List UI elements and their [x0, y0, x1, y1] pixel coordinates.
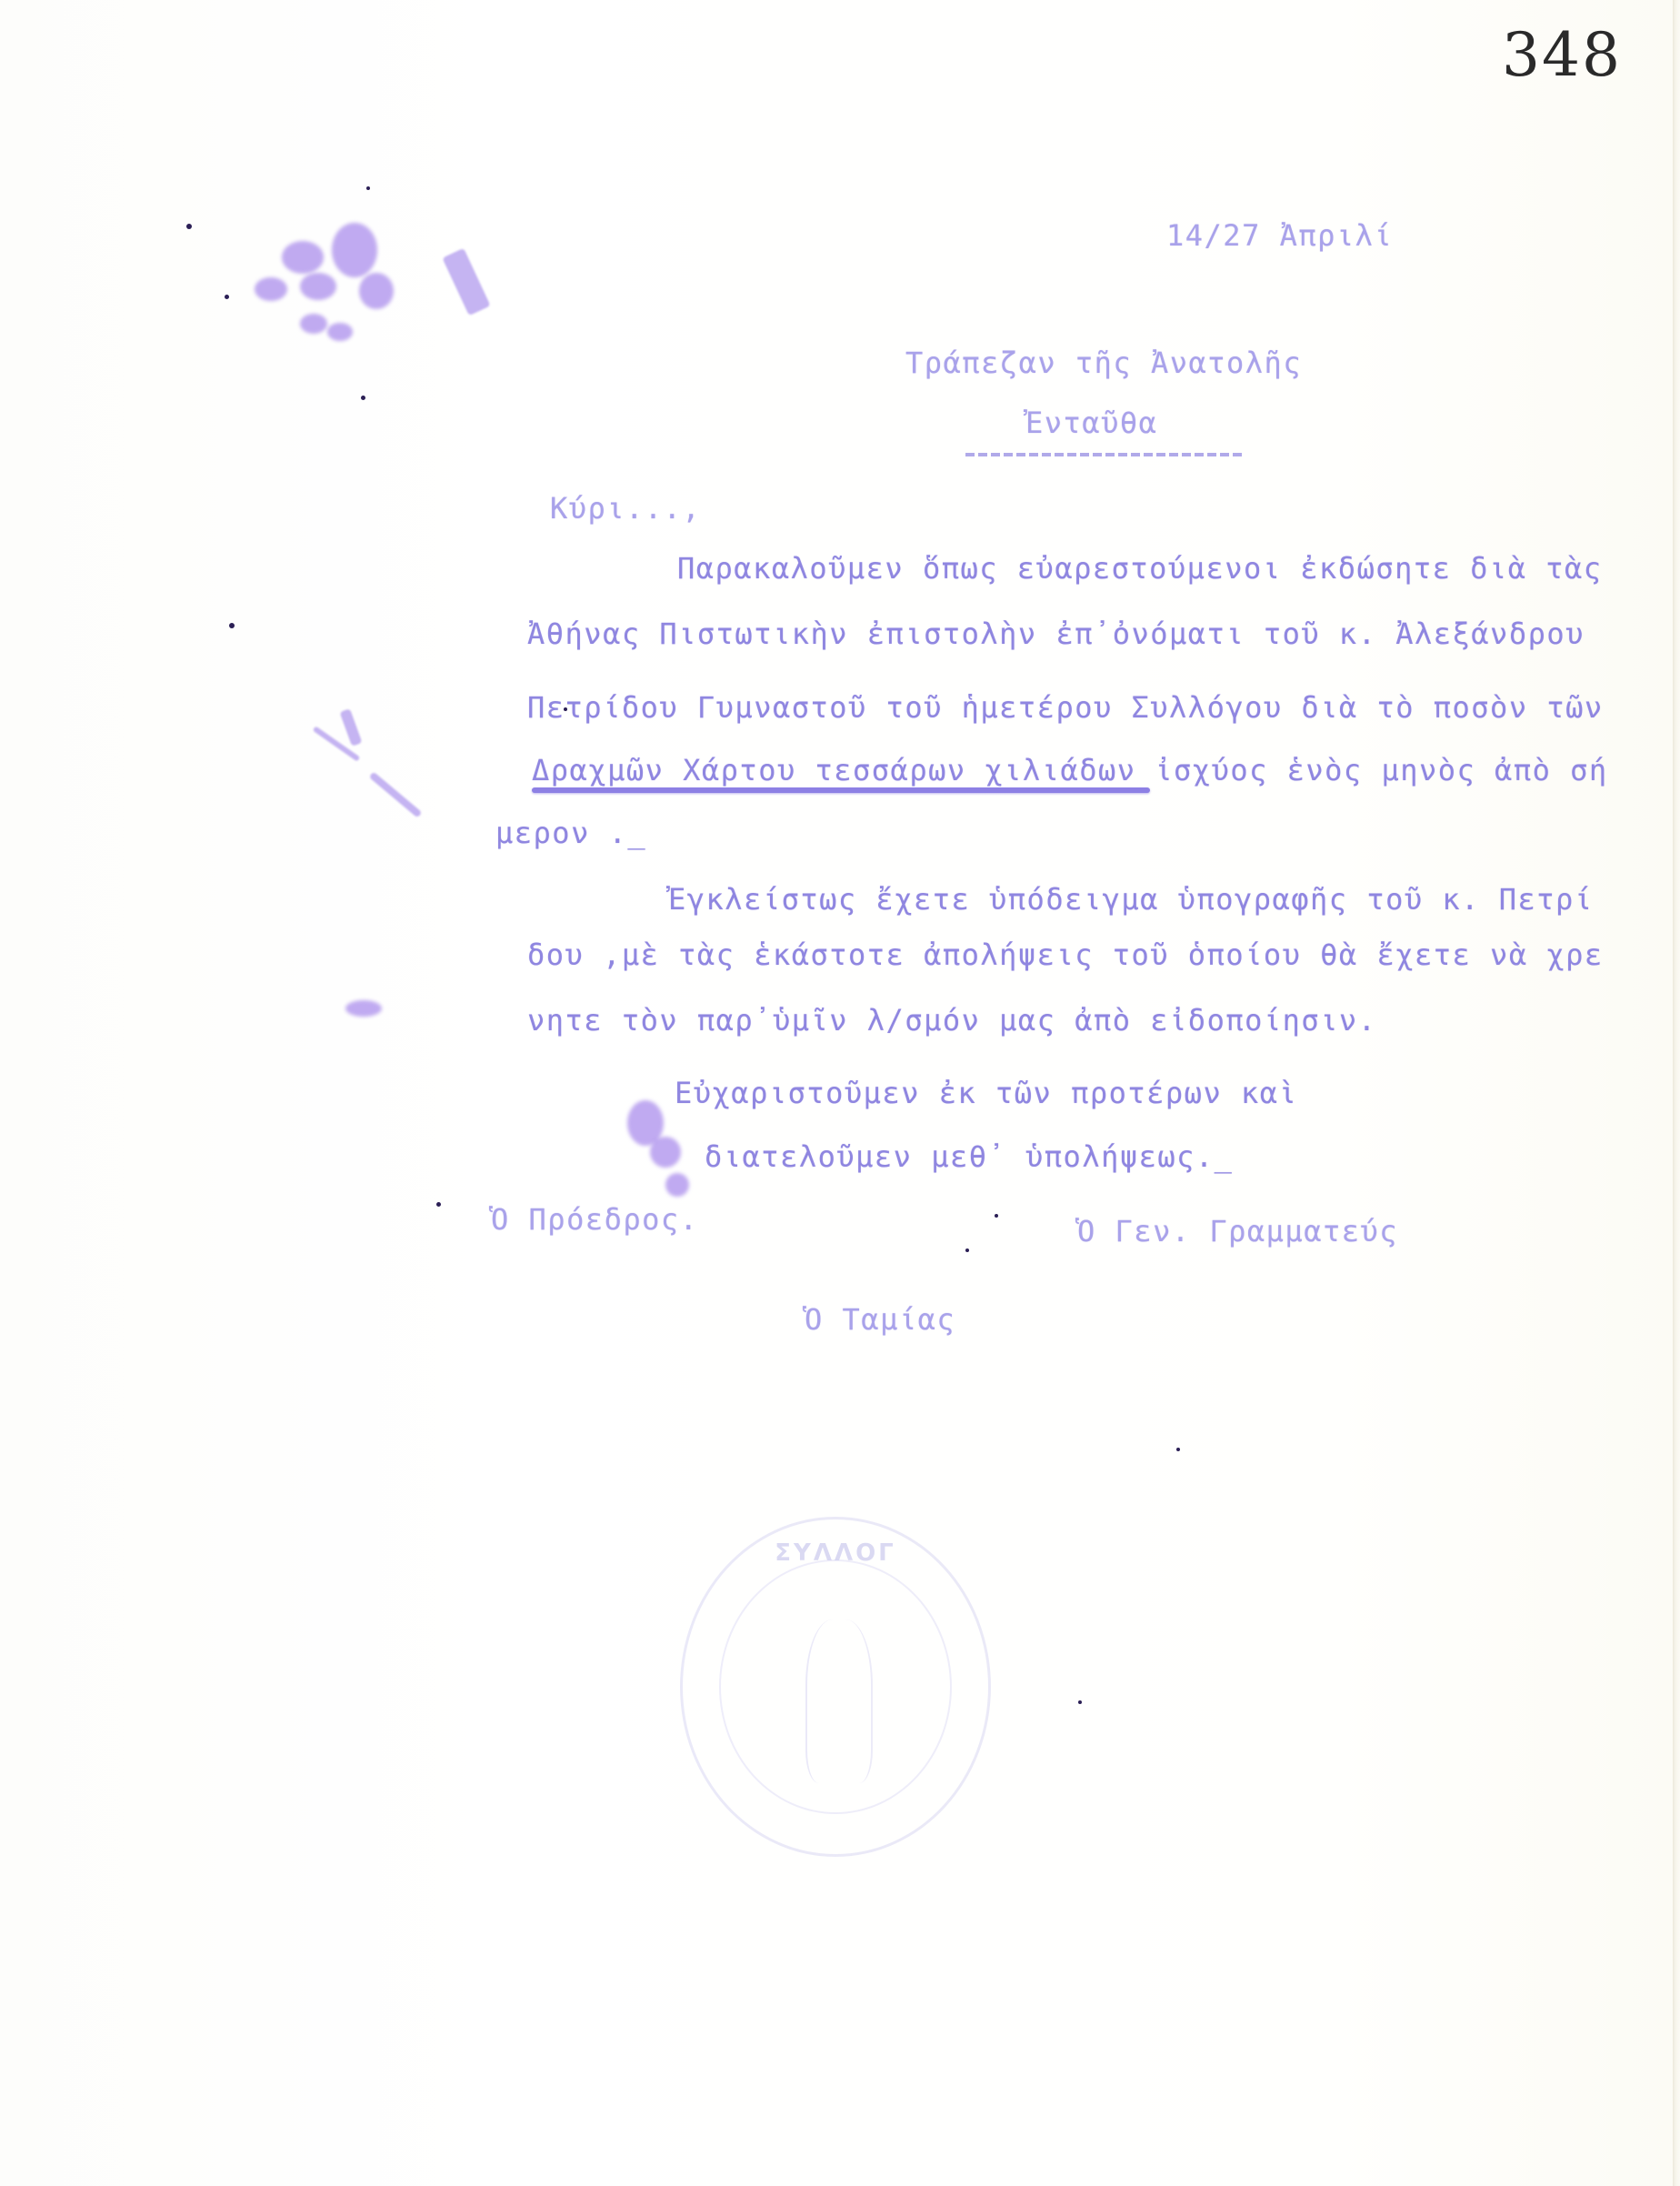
- paper-edge-shadow: [1673, 0, 1680, 2186]
- closing-line: Εὐχαριστοῦμεν ἐκ τῶν προτέρων καὶ: [675, 1076, 1297, 1110]
- body-line: μερον ._: [495, 816, 646, 850]
- body-line: Ἐγκλείστως ἔχετε ὑπόδειγμα ὑπογραφῆς τοῦ…: [668, 882, 1594, 917]
- recipient-name: Τράπεζαν τῆς Ἀνατολῆς: [905, 346, 1302, 380]
- amount-underline: [532, 787, 1150, 793]
- association-seal: ΣΥΛΛΟΓ: [680, 1517, 991, 1857]
- signature-treasurer: Ὁ Ταμίας: [805, 1302, 955, 1337]
- seal-figure-icon: [805, 1619, 873, 1783]
- signature-president: Ὁ Πρόεδρος.: [491, 1202, 698, 1237]
- closing-line: διατελοῦμεν μεθ᾽ ὑπολήψεως._: [705, 1139, 1233, 1174]
- seal-text: ΣΥΛΛΟΓ: [683, 1539, 988, 1567]
- body-line: Παρακαλοῦμεν ὅπως εὐαρεστούμενοι ἐκδώσητ…: [677, 551, 1603, 586]
- body-line: Πετρίδου Γυμναστοῦ τοῦ ἡμετέρου Συλλόγου…: [527, 690, 1604, 725]
- body-line: νητε τὸν παρ᾽ὑμῖν λ/σμόν μας ἀπὸ εἰδοποί…: [527, 1003, 1376, 1038]
- letter-date: 14/27 Ἀπριλί: [1166, 218, 1393, 253]
- recipient-underline: [965, 453, 1244, 456]
- signature-general-secretary: Ὁ Γεν. Γραμματεύς: [1077, 1214, 1398, 1248]
- page-number: 348: [1502, 20, 1622, 90]
- body-line: δου ,μὲ τὰς ἑκάστοτε ἀπολήψεις τοῦ ὁποίο…: [527, 938, 1604, 972]
- body-line: Ἀθήνας Πιστωτικὴν ἐπιστολὴν ἐπ᾽ὀνόματι τ…: [527, 617, 1585, 651]
- recipient-location: Ἐνταῦθα: [1025, 406, 1157, 440]
- salutation: Κύρι...,: [550, 491, 701, 526]
- body-line: Δραχμῶν Χάρτου τεσσάρων χιλιάδων ἰσχύος …: [532, 753, 1608, 787]
